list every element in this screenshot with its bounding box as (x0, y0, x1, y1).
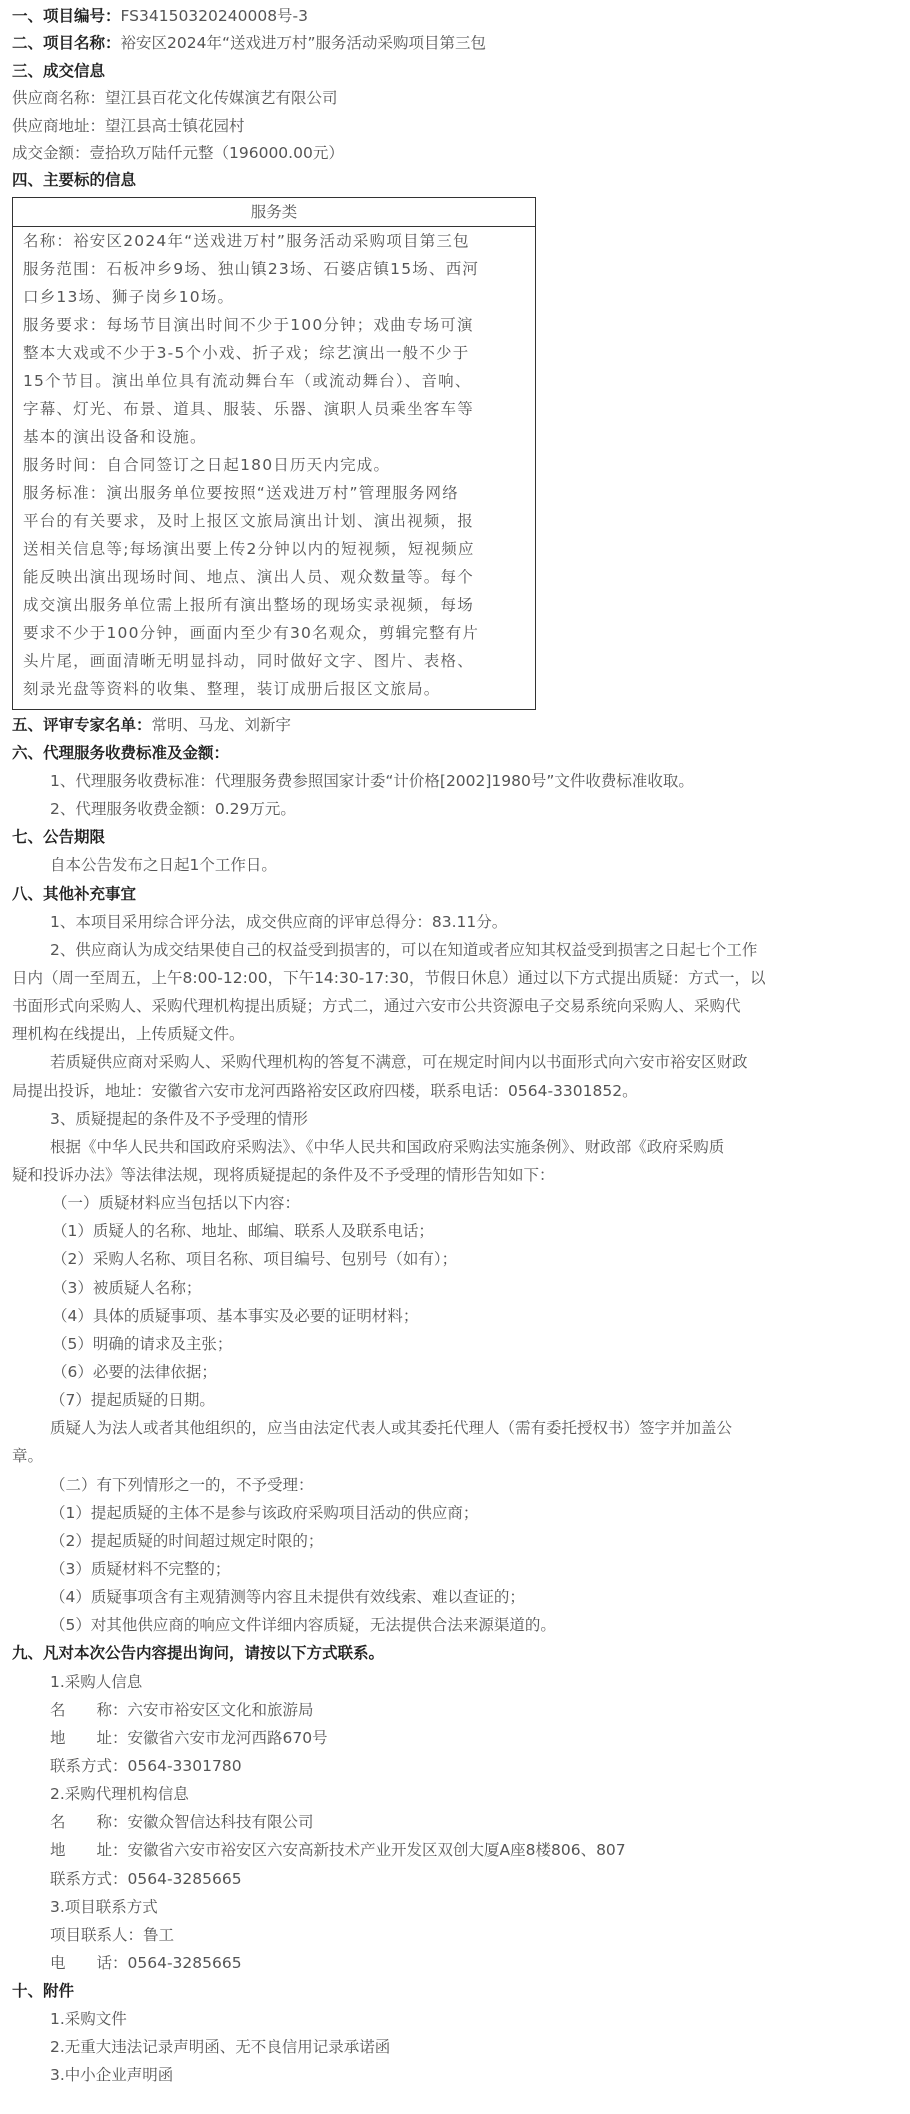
table-line: 平台的有关要求，及时上报区文旅局演出计划、演出视频，报 (23, 507, 529, 535)
purchaser-address-row: 地 址：安徽省六安市龙河西路670号 (12, 1724, 910, 1752)
subject-info-table: 服务类 名称：裕安区2024年“送戏进万村”服务活动采购项目第三包 服务范围：石… (12, 197, 536, 710)
part1-item: （2）采购人名称、项目名称、项目编号、包别号（如有）； (12, 1245, 910, 1273)
field-label: 联系方式： (50, 1757, 128, 1775)
agency-fee-amount: 2、代理服务收费金额：0.29万元。 (12, 795, 910, 823)
table-line: 15个节目。演出单位具有流动舞台车（或流动舞台）、音响、 (23, 367, 529, 395)
signature-requirement-line: 质疑人为法人或者其他组织的，应当由法定代表人或其委托代理人（需有委托授权书）签字… (12, 1414, 910, 1442)
attachment-link[interactable]: 2.无重大违法记录声明函、无不良信用记录承诺函 (12, 2033, 910, 2061)
table-line: 头片尾，画面清晰无明显抖动，同时做好文字、图片、表格、 (23, 647, 529, 675)
section-heading-contact: 九、凡对本次公告内容提出询问，请按以下方式联系。 (12, 1639, 910, 1667)
table-line: 要求不少于100分钟，画面内至少有30名观众，剪辑完整有片 (23, 619, 529, 647)
part1-item: （7）提起质疑的日期。 (12, 1386, 910, 1414)
project-number-row: 一、项目编号：FS34150320240008号-3 (12, 3, 910, 30)
purchaser-phone: 0564-3301780 (128, 1757, 242, 1775)
table-line: 整本大戏或不少于3-5个小戏、折子戏；综艺演出一般不少于 (23, 339, 529, 367)
part1-item: （4）具体的质疑事项、基本事实及必要的证明材料； (12, 1302, 910, 1330)
supplier-address: 供应商地址：望江县高士镇花园村 (12, 113, 910, 140)
attachment-link[interactable]: 3.中小企业声明函 (12, 2061, 910, 2089)
legal-basis-line: 疑和投诉办法》等法律法规，现将质疑提起的条件及不予受理的情形告知如下： (12, 1161, 910, 1189)
part1-item: （1）质疑人的名称、地址、邮编、联系人及联系电话； (12, 1217, 910, 1245)
experts-row: 五、评审专家名单：常明、马龙、刘新宇 (12, 711, 910, 739)
field-label: 地 址： (50, 1841, 128, 1859)
agency-fee-standard: 1、代理服务收费标准：代理服务费参照国家计委“计价格[2002]1980号”文件… (12, 767, 910, 795)
attachment-link[interactable]: 1.采购文件 (12, 2005, 910, 2033)
project-name: 裕安区2024年“送戏进万村”服务活动采购项目第三包 (121, 34, 487, 52)
agency-address: 安徽省六安市裕安区六安高新技术产业开发区双创大厦A座8楼806、807 (128, 1841, 626, 1859)
expert-list: 常明、马龙、刘新宇 (152, 716, 292, 734)
field-label: 名 称： (50, 1701, 128, 1719)
table-line: 成交演出服务单位需上报所有演出整场的现场实录视频，每场 (23, 591, 529, 619)
purchaser-address: 安徽省六安市龙河西路670号 (128, 1729, 328, 1747)
project-contact-person: 鲁工 (143, 1926, 174, 1944)
deal-amount: 成交金额：壹拾玖万陆仟元整（196000.00元） (12, 140, 910, 167)
table-line: 基本的演出设备和设施。 (23, 423, 529, 451)
section-heading-attachments: 十、附件 (12, 1977, 910, 2005)
legal-basis-line: 根据《中华人民共和国政府采购法》、《中华人民共和国政府采购法实施条例》、财政部《… (12, 1133, 910, 1161)
field-label: 项目联系人： (50, 1926, 143, 1944)
purchaser-name-row: 名 称：六安市裕安区文化和旅游局 (12, 1696, 910, 1724)
challenge-paragraph-line: 理机构在线提出，上传质疑文件。 (12, 1020, 910, 1048)
project-number: FS34150320240008号-3 (121, 7, 309, 25)
field-label: 联系方式： (50, 1870, 128, 1888)
agency-contact-row: 联系方式：0564-3285665 (12, 1865, 910, 1893)
evaluation-score: 1、本项目采用综合评分法，成交供应商的评审总得分：83.11分。 (12, 908, 910, 936)
table-line: 服务范围：石板冲乡9场、独山镇23场、石婆店镇15场、西河 (23, 255, 529, 283)
complaint-paragraph-line: 局提出投诉，地址：安徽省六安市龙河西路裕安区政府四楼，联系电话：0564-330… (12, 1077, 910, 1105)
section-heading-main-subject: 四、主要标的信息 (12, 167, 910, 194)
field-label: 地 址： (50, 1729, 128, 1747)
project-contact-person-row: 项目联系人：鲁工 (12, 1921, 910, 1949)
complaint-paragraph-line: 若质疑供应商对采购人、采购代理机构的答复不满意，可在规定时间内以书面形式向六安市… (12, 1048, 910, 1076)
purchaser-contact-row: 联系方式：0564-3301780 (12, 1752, 910, 1780)
challenge-paragraph-line: 书面形式向采购人、采购代理机构提出质疑；方式二，通过六安市公共资源电子交易系统向… (12, 992, 910, 1020)
notice-period-text: 自本公告发布之日起1个工作日。 (12, 851, 910, 879)
section-heading-deal-info: 三、成交信息 (12, 58, 910, 85)
table-line: 送相关信息等;每场演出要上传2分钟以内的短视频，短视频应 (23, 535, 529, 563)
part1-heading: （一）质疑材料应当包括以下内容： (12, 1189, 910, 1217)
agency-info-title: 2.采购代理机构信息 (12, 1780, 910, 1808)
table-header: 服务类 (13, 198, 535, 227)
part2-item: （3）质疑材料不完整的； (12, 1555, 910, 1583)
part2-item: （4）质疑事项含有主观猜测等内容且未提供有效线索、难以查证的； (12, 1583, 910, 1611)
part2-heading: （二）有下列情形之一的，不予受理： (12, 1471, 910, 1499)
supplier-name: 供应商名称：望江县百花文化传媒演艺有限公司 (12, 85, 910, 112)
part2-item: （5）对其他供应商的响应文件详细内容质疑，无法提供合法来源渠道的。 (12, 1611, 910, 1639)
table-line: 服务时间：自合同签订之日起180日历天内完成。 (23, 451, 529, 479)
purchaser-info-title: 1.采购人信息 (12, 1668, 910, 1696)
project-contact-phone: 0564-3285665 (128, 1954, 242, 1972)
part1-item: （6）必要的法律依据； (12, 1358, 910, 1386)
agency-phone: 0564-3285665 (128, 1870, 242, 1888)
table-line: 服务要求：每场节目演出时间不少于100分钟；戏曲专场可演 (23, 311, 529, 339)
challenge-paragraph-line: 日内（周一至周五，上午8:00-12:00，下午14:30-17:30，节假日休… (12, 964, 910, 992)
section-heading: 五、评审专家名单： (12, 716, 152, 734)
field-label: 电 话： (50, 1954, 128, 1972)
part2-item: （1）提起质疑的主体不是参与该政府采购项目活动的供应商； (12, 1499, 910, 1527)
table-line: 刻录光盘等资料的收集、整理，装订成册后报区文旅局。 (23, 675, 529, 703)
table-line: 名称：裕安区2024年“送戏进万村”服务活动采购项目第三包 (23, 227, 529, 255)
table-line: 口乡13场、狮子岗乡10场。 (23, 283, 529, 311)
agency-name-row: 名 称：安徽众智信达科技有限公司 (12, 1808, 910, 1836)
purchaser-name: 六安市裕安区文化和旅游局 (128, 1701, 314, 1719)
project-name-row: 二、项目名称：裕安区2024年“送戏进万村”服务活动采购项目第三包 (12, 30, 910, 57)
part1-item: （5）明确的请求及主张； (12, 1330, 910, 1358)
agency-address-row: 地 址：安徽省六安市裕安区六安高新技术产业开发区双创大厦A座8楼806、807 (12, 1836, 910, 1864)
project-contact-phone-row: 电 话：0564-3285665 (12, 1949, 910, 1977)
table-body: 名称：裕安区2024年“送戏进万村”服务活动采购项目第三包 服务范围：石板冲乡9… (13, 227, 535, 709)
field-label: 名 称： (50, 1813, 128, 1831)
signature-requirement-line: 章。 (12, 1442, 910, 1470)
table-line: 能反映出演出现场时间、地点、演出人员、观众数量等。每个 (23, 563, 529, 591)
section-heading-notice-period: 七、公告期限 (12, 823, 910, 851)
section-heading: 一、项目编号： (12, 7, 121, 25)
announcement-document: 一、项目编号：FS34150320240008号-3 二、项目名称：裕安区202… (0, 0, 910, 2090)
section-heading: 二、项目名称： (12, 34, 121, 52)
challenge-paragraph-line: 2、供应商认为成交结果使自己的权益受到损害的，可以在知道或者应知其权益受到损害之… (12, 936, 910, 964)
project-contact-title: 3.项目联系方式 (12, 1893, 910, 1921)
section-heading-other-matters: 八、其他补充事宜 (12, 880, 910, 908)
part2-item: （2）提起质疑的时间超过规定时限的； (12, 1527, 910, 1555)
table-line: 字幕、灯光、布景、道具、服装、乐器、演职人员乘坐客车等 (23, 395, 529, 423)
challenge-conditions-title: 3、质疑提起的条件及不予受理的情形 (12, 1105, 910, 1133)
section-heading-agency-fee: 六、代理服务收费标准及金额： (12, 739, 910, 767)
agency-name: 安徽众智信达科技有限公司 (128, 1813, 314, 1831)
part1-item: （3）被质疑人名称； (12, 1274, 910, 1302)
table-line: 服务标准：演出服务单位要按照“送戏进万村”管理服务网络 (23, 479, 529, 507)
